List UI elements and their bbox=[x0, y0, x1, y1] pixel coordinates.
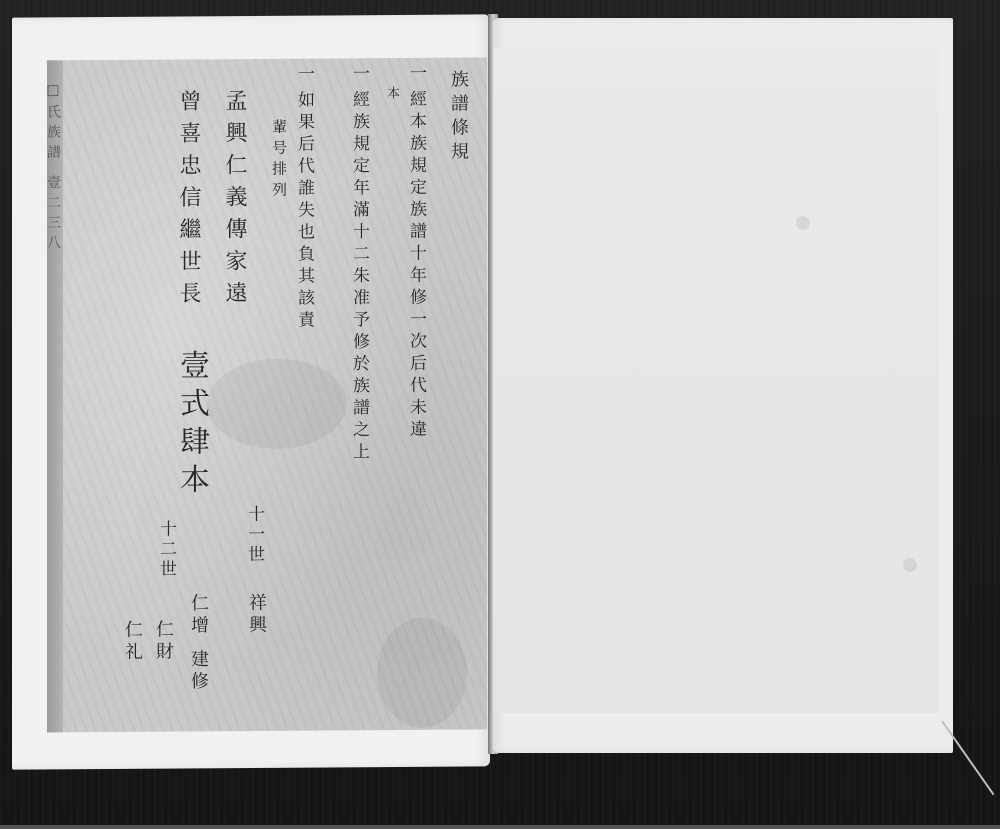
scan-bottom-edge bbox=[0, 825, 1000, 829]
paper-speck bbox=[796, 216, 810, 230]
rule-bullet: 一 bbox=[347, 64, 372, 86]
rule-insertion-mark: 本 bbox=[382, 86, 401, 99]
rules-title: 族譜條規 bbox=[445, 69, 471, 165]
rule-text: 如果后代誰失也負其該責 bbox=[294, 91, 314, 333]
rule-item-3: 一如果后代誰失也負其該責 bbox=[292, 65, 317, 333]
copies-note: 壹式肆本 bbox=[169, 349, 213, 501]
spine-strip: □氏族譜 壹二三八 bbox=[47, 60, 63, 732]
rule-text: 經本族規定族譜十年修一次后代未違 bbox=[406, 90, 426, 442]
blank-sheet bbox=[493, 48, 939, 713]
rule-item-1: 一經本族規定族譜十年修一次后代未違 bbox=[404, 64, 429, 442]
rule-bullet: 一 bbox=[292, 65, 317, 87]
generation-label-11: 十一世 bbox=[242, 505, 267, 565]
generation-sequence-line-2: 曾喜忠信繼世長 bbox=[173, 89, 204, 313]
member-name: 仁增 bbox=[185, 593, 211, 637]
member-name: 建修 bbox=[185, 649, 211, 693]
rule-bullet: 一 bbox=[404, 64, 429, 86]
right-page bbox=[493, 18, 953, 753]
member-name: 祥興 bbox=[243, 593, 269, 637]
paper-stain bbox=[377, 617, 467, 728]
paper-stain bbox=[207, 358, 347, 449]
generation-sequence-line-1: 孟興仁義傳家遠 bbox=[219, 89, 250, 313]
member-name: 仁礼 bbox=[119, 620, 145, 664]
left-page: □氏族譜 壹二三八 族譜條規 一經本族規定族譜十年修一次后代未違 一經族規定年滿… bbox=[12, 14, 490, 769]
spine-label: □氏族譜 壹二三八 bbox=[47, 82, 63, 255]
paper-speck bbox=[903, 558, 917, 572]
member-name: 仁財 bbox=[150, 620, 176, 664]
handwritten-sheet: □氏族譜 壹二三八 族譜條規 一經本族規定族譜十年修一次后代未違 一經族規定年滿… bbox=[47, 57, 487, 732]
generation-label-12: 十二世 bbox=[154, 520, 179, 580]
rule-text: 經族規定年滿十二朱准予修於族譜之上 bbox=[349, 90, 369, 464]
generation-sequence-heading: 輩号排列 bbox=[269, 119, 290, 203]
rule-item-2: 一經族規定年滿十二朱准予修於族譜之上 bbox=[347, 64, 372, 464]
